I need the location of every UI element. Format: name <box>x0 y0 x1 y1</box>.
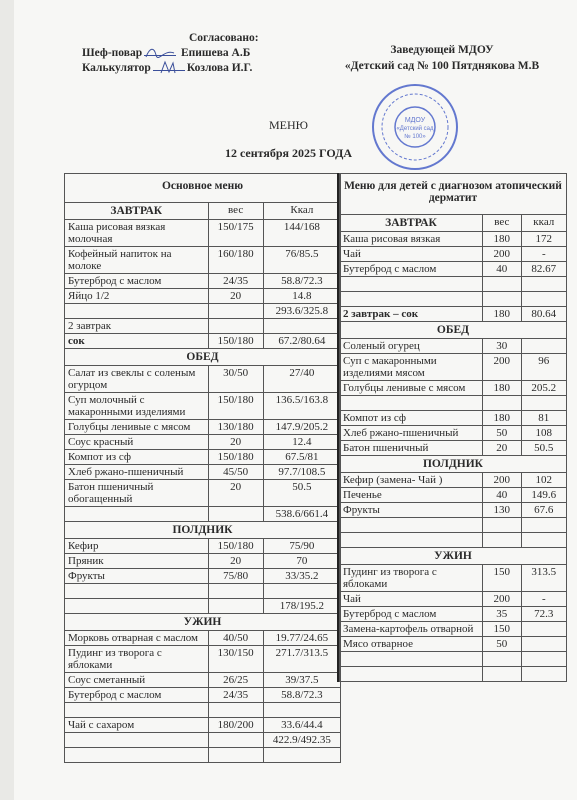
kcal-value: 50.5 <box>263 480 340 507</box>
dish-name: Пряник <box>65 554 209 569</box>
weight-value: 130 <box>483 503 522 518</box>
weight-value: 180 <box>483 411 522 426</box>
dish-name: Хлеб ржано-пшеничный <box>340 426 483 441</box>
table-row: Хлеб ржано-пшеничный50108 <box>340 426 567 441</box>
weight-value <box>208 733 263 748</box>
kcal-value: 144/168 <box>263 220 340 247</box>
weight-value <box>483 518 522 533</box>
main-menu-table: Основное менюЗАВТРАКвесКкалКаша рисовая … <box>64 173 341 763</box>
table-row: Бутерброд с маслом3572.3 <box>340 607 567 622</box>
weight-value: 180/200 <box>208 718 263 733</box>
table-row: Каша рисовая вязкая молочная150/175144/1… <box>65 220 341 247</box>
dish-name: Морковь отварная с маслом <box>65 631 209 646</box>
table-row <box>340 667 567 682</box>
table-row <box>340 533 567 548</box>
kcal-value: 19.77/24.65 <box>263 631 340 646</box>
head-title: Заведующей МДОУ <box>322 42 562 58</box>
table-row: Яйцо 1/22014.8 <box>65 289 341 304</box>
weight-value: 50 <box>483 637 522 652</box>
table-row: Компот из сф150/18067.5/81 <box>65 450 341 465</box>
kcal-value: 27/40 <box>263 366 340 393</box>
table-row: 538.6/661.4 <box>65 507 341 522</box>
dish-name: Пудинг из творога с яблоками <box>65 646 209 673</box>
dish-name: сок <box>65 334 209 349</box>
table-row: Морковь отварная с маслом40/5019.77/24.6… <box>65 631 341 646</box>
kcal-value: 12.4 <box>263 435 340 450</box>
kcal-value: 102 <box>521 473 566 488</box>
table-row: Пудинг из творога с яблоками130/150271.7… <box>65 646 341 673</box>
dish-name: Компот из сф <box>65 450 209 465</box>
dish-name: Кефир (замена- Чай ) <box>340 473 483 488</box>
weight-value: 200 <box>483 247 522 262</box>
signature-icon <box>153 70 185 71</box>
table-row <box>65 584 341 599</box>
weight-value: 150/180 <box>208 334 263 349</box>
kcal-value <box>521 292 566 307</box>
table-row: Хлеб ржано-пшеничный45/5097.7/108.5 <box>65 465 341 480</box>
table-row: 293.6/325.8 <box>65 304 341 319</box>
table-row: Фрукты13067.6 <box>340 503 567 518</box>
column-header: вес <box>483 215 522 232</box>
table-row: Компот из сф18081 <box>340 411 567 426</box>
dish-name: 2 завтрак <box>65 319 209 334</box>
document-title: МЕНЮ <box>0 118 577 133</box>
chef-name: Епишева А.Б <box>181 47 250 59</box>
weight-value: 150/180 <box>208 450 263 465</box>
dish-name: Батон пшеничный обогащенный <box>65 480 209 507</box>
kcal-value <box>521 533 566 548</box>
weight-value: 150/180 <box>208 393 263 420</box>
table-row: Печенье40149.6 <box>340 488 567 503</box>
chef-line: Шеф-повар Епишева А.Б <box>82 46 259 61</box>
dish-name <box>65 507 209 522</box>
weight-value <box>208 748 263 763</box>
table-row <box>340 652 567 667</box>
kcal-value: 58.8/72.3 <box>263 274 340 289</box>
weight-value <box>483 533 522 548</box>
table-row <box>65 703 341 718</box>
kcal-value: 97.7/108.5 <box>263 465 340 480</box>
section-header: ПОЛДНИК <box>65 522 341 539</box>
table-row: Фрукты75/8033/35.2 <box>65 569 341 584</box>
table-row: Чай с сахаром180/20033.6/44.4 <box>65 718 341 733</box>
kcal-value: 271.7/313.5 <box>263 646 340 673</box>
weight-value: 200 <box>483 592 522 607</box>
kcal-value: 147.9/205.2 <box>263 420 340 435</box>
dish-name: Фрукты <box>65 569 209 584</box>
dish-name: Соус сметанный <box>65 673 209 688</box>
column-header: ЗАВТРАК <box>340 215 483 232</box>
kcal-value: 538.6/661.4 <box>263 507 340 522</box>
approval-block: Согласовано: Шеф-повар Епишева А.Б Кальк… <box>82 31 259 76</box>
menu-caption: Основное меню <box>65 174 341 203</box>
kcal-value: 33.6/44.4 <box>263 718 340 733</box>
atopic-menu-table: Меню для детей с диагнозом атопический д… <box>337 173 567 682</box>
kcal-value: 422.9/492.35 <box>263 733 340 748</box>
weight-value: 160/180 <box>208 247 263 274</box>
weight-value: 40 <box>483 262 522 277</box>
table-row: Суп с макаронными изделиями мясом20096 <box>340 354 567 381</box>
weight-value <box>208 584 263 599</box>
kcal-value: 136.5/163.8 <box>263 393 340 420</box>
dish-name: Компот из сф <box>340 411 483 426</box>
table-row: Батон пшеничный2050.5 <box>340 441 567 456</box>
table-row: Голубцы ленивые с мясом180205.2 <box>340 381 567 396</box>
dish-name: Соус красный <box>65 435 209 450</box>
weight-value: 40 <box>483 488 522 503</box>
dish-name: Суп молочный с макаронными изделиями <box>65 393 209 420</box>
kcal-value: 76/85.5 <box>263 247 340 274</box>
weight-value: 24/35 <box>208 274 263 289</box>
dish-name: Соленый огурец <box>340 339 483 354</box>
kcal-value: 58.8/72.3 <box>263 688 340 703</box>
weight-value: 150 <box>483 565 522 592</box>
weight-value <box>208 599 263 614</box>
table-row: Пряник2070 <box>65 554 341 569</box>
calc-name: Козлова И.Г. <box>187 62 253 74</box>
kcal-value: 80.64 <box>521 307 566 322</box>
dish-name: Хлеб ржано-пшеничный <box>65 465 209 480</box>
kcal-value: 293.6/325.8 <box>263 304 340 319</box>
kcal-value: 81 <box>521 411 566 426</box>
dish-name: Пудинг из творога с яблоками <box>340 565 483 592</box>
kcal-value: 39/37.5 <box>263 673 340 688</box>
signature-icon <box>144 55 176 56</box>
weight-value: 50 <box>483 426 522 441</box>
weight-value <box>483 652 522 667</box>
table-row <box>340 292 567 307</box>
table-row: Бутерброд с маслом24/3558.8/72.3 <box>65 274 341 289</box>
dish-name: Яйцо 1/2 <box>65 289 209 304</box>
dish-name <box>340 652 483 667</box>
kcal-value <box>521 339 566 354</box>
weight-value: 130/150 <box>208 646 263 673</box>
dish-name <box>65 733 209 748</box>
table-row: Пудинг из творога с яблоками150313.5 <box>340 565 567 592</box>
kcal-value <box>263 584 340 599</box>
weight-value: 20 <box>208 480 263 507</box>
table-row: Бутерброд с маслом24/3558.8/72.3 <box>65 688 341 703</box>
kcal-value: 172 <box>521 232 566 247</box>
table-row <box>340 277 567 292</box>
weight-value: 75/80 <box>208 569 263 584</box>
kcal-value <box>521 637 566 652</box>
table-row: Замена-картофель отварной150 <box>340 622 567 637</box>
dish-name: Чай с сахаром <box>65 718 209 733</box>
weight-value: 20 <box>208 289 263 304</box>
table-row: Кефир150/18075/90 <box>65 539 341 554</box>
dish-name: Бутерброд с маслом <box>340 262 483 277</box>
dish-name <box>340 292 483 307</box>
kcal-value <box>263 319 340 334</box>
weight-value: 20 <box>208 435 263 450</box>
dish-name: Голубцы ленивые с мясом <box>65 420 209 435</box>
dish-name <box>65 599 209 614</box>
kcal-value <box>521 277 566 292</box>
column-header: Ккал <box>263 203 340 220</box>
kcal-value: 70 <box>263 554 340 569</box>
weight-value: 20 <box>483 441 522 456</box>
weight-value: 150/175 <box>208 220 263 247</box>
dish-name: Чай <box>340 592 483 607</box>
kcal-value <box>521 667 566 682</box>
svg-text:№ 100»: № 100» <box>404 133 426 140</box>
document-date: 12 сентября 2025 ГОДА <box>0 146 577 161</box>
kcal-value <box>263 703 340 718</box>
kcal-value: 178/195.2 <box>263 599 340 614</box>
kcal-value: 75/90 <box>263 539 340 554</box>
kcal-value: - <box>521 247 566 262</box>
table-row: Каша рисовая вязкая180172 <box>340 232 567 247</box>
weight-value: 30 <box>483 339 522 354</box>
kcal-value: 67.5/81 <box>263 450 340 465</box>
weight-value: 24/35 <box>208 688 263 703</box>
column-header: вес <box>208 203 263 220</box>
table-row: Соус сметанный26/2539/37.5 <box>65 673 341 688</box>
table-row: Соленый огурец30 <box>340 339 567 354</box>
kcal-value: 96 <box>521 354 566 381</box>
table-row: Чай200- <box>340 592 567 607</box>
kcal-value <box>263 748 340 763</box>
approved-label: Согласовано: <box>82 31 259 46</box>
weight-value <box>208 304 263 319</box>
weight-value: 150 <box>483 622 522 637</box>
section-header: ПОЛДНИК <box>340 456 567 473</box>
menu-caption: Меню для детей с диагнозом атопический д… <box>340 174 567 215</box>
weight-value <box>483 277 522 292</box>
weight-value: 180 <box>483 232 522 247</box>
weight-value: 200 <box>483 473 522 488</box>
kcal-value <box>521 396 566 411</box>
weight-value <box>208 703 263 718</box>
dish-name <box>340 667 483 682</box>
dish-name <box>340 533 483 548</box>
weight-value: 40/50 <box>208 631 263 646</box>
dish-name: Суп с макаронными изделиями мясом <box>340 354 483 381</box>
weight-value: 35 <box>483 607 522 622</box>
table-row: Мясо отварное50 <box>340 637 567 652</box>
table-row: 2 завтрак <box>65 319 341 334</box>
dish-name: Кофейный напиток на молоке <box>65 247 209 274</box>
section-header: УЖИН <box>340 548 567 565</box>
table-row: 422.9/492.35 <box>65 733 341 748</box>
weight-value: 180 <box>483 381 522 396</box>
table-row: Батон пшеничный обогащенный2050.5 <box>65 480 341 507</box>
weight-value <box>208 319 263 334</box>
kcal-value: 82.67 <box>521 262 566 277</box>
dish-name: Салат из свеклы с соленым огурцом <box>65 366 209 393</box>
dish-name <box>65 584 209 599</box>
table-row <box>65 748 341 763</box>
kcal-value: 14.8 <box>263 289 340 304</box>
dish-name: Каша рисовая вязкая <box>340 232 483 247</box>
weight-value: 200 <box>483 354 522 381</box>
weight-value: 20 <box>208 554 263 569</box>
column-header: ЗАВТРАК <box>65 203 209 220</box>
dish-name: Бутерброд с маслом <box>340 607 483 622</box>
dish-name: Кефир <box>65 539 209 554</box>
table-row: Соус красный2012.4 <box>65 435 341 450</box>
table-row: Кефир (замена- Чай )200102 <box>340 473 567 488</box>
kcal-value: 108 <box>521 426 566 441</box>
weight-value <box>483 292 522 307</box>
kcal-value: 205.2 <box>521 381 566 396</box>
dish-name <box>340 396 483 411</box>
weight-value <box>483 396 522 411</box>
column-header: ккал <box>521 215 566 232</box>
weight-value: 30/50 <box>208 366 263 393</box>
dish-name: Батон пшеничный <box>340 441 483 456</box>
dish-name <box>65 748 209 763</box>
kcal-value: 67.2/80.64 <box>263 334 340 349</box>
dish-name: Печенье <box>340 488 483 503</box>
table-row: Салат из свеклы с соленым огурцом30/5027… <box>65 366 341 393</box>
dish-name: 2 завтрак – сок <box>340 307 483 322</box>
table-row: Кофейный напиток на молоке160/18076/85.5 <box>65 247 341 274</box>
weight-value <box>483 667 522 682</box>
weight-value: 150/180 <box>208 539 263 554</box>
dish-name: Фрукты <box>340 503 483 518</box>
kcal-value: 50.5 <box>521 441 566 456</box>
kcal-value: 67.6 <box>521 503 566 518</box>
weight-value: 26/25 <box>208 673 263 688</box>
dish-name: Каша рисовая вязкая молочная <box>65 220 209 247</box>
calc-line: КалькуляторКозлова И.Г. <box>82 61 259 76</box>
dish-name: Мясо отварное <box>340 637 483 652</box>
dish-name: Замена-картофель отварной <box>340 622 483 637</box>
table-row: Суп молочный с макаронными изделиями150/… <box>65 393 341 420</box>
kcal-value: - <box>521 592 566 607</box>
weight-value <box>208 507 263 522</box>
table-row: 178/195.2 <box>65 599 341 614</box>
head-org-name: «Детский сад № 100 Пятднякова М.В <box>322 58 562 74</box>
dish-name: Чай <box>340 247 483 262</box>
weight-value: 180 <box>483 307 522 322</box>
kcal-value <box>521 518 566 533</box>
table-row: Чай200- <box>340 247 567 262</box>
kcal-value: 72.3 <box>521 607 566 622</box>
table-row <box>340 518 567 533</box>
table-row: Голубцы ленивые с мясом130/180147.9/205.… <box>65 420 341 435</box>
table-row: сок150/18067.2/80.64 <box>65 334 341 349</box>
kcal-value: 149.6 <box>521 488 566 503</box>
dish-name <box>340 277 483 292</box>
section-header: УЖИН <box>65 614 341 631</box>
kcal-value: 313.5 <box>521 565 566 592</box>
table-row <box>340 396 567 411</box>
kcal-value <box>521 622 566 637</box>
dish-name <box>340 518 483 533</box>
dish-name: Бутерброд с маслом <box>65 274 209 289</box>
table-row: 2 завтрак – сок18080.64 <box>340 307 567 322</box>
weight-value: 45/50 <box>208 465 263 480</box>
dish-name: Голубцы ленивые с мясом <box>340 381 483 396</box>
kcal-value <box>521 652 566 667</box>
weight-value: 130/180 <box>208 420 263 435</box>
section-header: ОБЕД <box>65 349 341 366</box>
kcal-value: 33/35.2 <box>263 569 340 584</box>
dish-name: Бутерброд с маслом <box>65 688 209 703</box>
table-row: Бутерброд с маслом4082.67 <box>340 262 567 277</box>
calc-label: Калькулятор <box>82 62 151 74</box>
dish-name <box>65 703 209 718</box>
head-approval-block: Заведующей МДОУ «Детский сад № 100 Пятдн… <box>322 42 562 74</box>
dish-name <box>65 304 209 319</box>
section-header: ОБЕД <box>340 322 567 339</box>
chef-label: Шеф-повар <box>82 47 142 59</box>
